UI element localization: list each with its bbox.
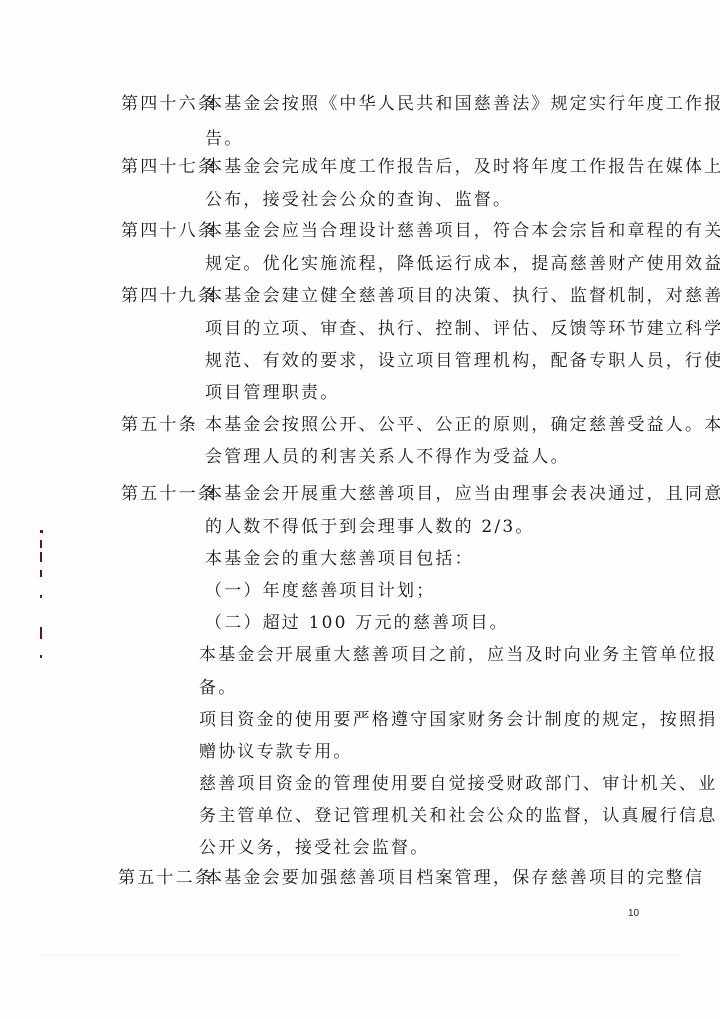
- article-text-line: 本基金会应当合理设计慈善项目，符合本会宗旨和章程的有关: [205, 220, 720, 242]
- article-text-line: 本基金会按照《中华人民共和国慈善法》规定实行年度工作报: [205, 93, 720, 115]
- article-text-line: 项目管理职责。: [205, 382, 339, 404]
- article-label: 第五十二条: [118, 867, 214, 889]
- list-item: （一）年度慈善项目计划；: [205, 580, 435, 602]
- binding-marks: [38, 530, 46, 670]
- article-text-line: 本基金会的重大慈善项目包括：: [205, 548, 474, 570]
- divider: [40, 955, 680, 956]
- article-text-line: 会管理人员的利害关系人不得作为受益人。: [205, 446, 570, 468]
- article-text-line: 项目的立项、审查、执行、控制、评估、反馈等环节建立科学、: [205, 318, 720, 340]
- paragraph-line: 慈善项目资金的管理使用要自觉接受财政部门、审计机关、业: [199, 773, 717, 795]
- paragraph-line: 赠协议专款专用。: [199, 741, 353, 763]
- article-label: 第四十七条: [121, 156, 217, 178]
- article-label: 第五十一条: [121, 483, 217, 505]
- article-text-line: 本基金会建立健全慈善项目的决策、执行、监督机制，对慈善: [205, 285, 720, 307]
- article-label: 第四十八条: [121, 220, 217, 242]
- list-item: （二）超过 100 万元的慈善项目。: [205, 612, 509, 634]
- paragraph-line: 项目资金的使用要严格遵守国家财务会计制度的规定，按照捐: [199, 709, 717, 731]
- paragraph-line: 本基金会开展重大慈善项目之前，应当及时向业务主管单位报: [199, 644, 717, 666]
- article-text-line: 本基金会完成年度工作报告后，及时将年度工作报告在媒体上: [205, 156, 720, 178]
- article-text-line: 的人数不得低于到会理事人数的 2/3。: [205, 516, 535, 538]
- article-text-line: 本基金会按照公开、公平、公正的原则，确定慈善受益人。本: [205, 414, 720, 436]
- page-number: 10: [628, 908, 639, 919]
- article-label: 第五十条: [121, 414, 198, 436]
- article-label: 第四十六条: [121, 93, 217, 115]
- article-text-line: 告。: [205, 128, 243, 150]
- paragraph-line: 公开义务，接受社会监督。: [199, 837, 429, 859]
- article-text-line: 本基金会开展重大慈善项目，应当由理事会表决通过，且同意: [205, 483, 720, 505]
- article-label: 第四十九条: [121, 285, 217, 307]
- document-page: 第四十六条 本基金会按照《中华人民共和国慈善法》规定实行年度工作报 告。 第四十…: [0, 0, 720, 1019]
- paragraph-line: 务主管单位、登记管理机关和社会公众的监督，认真履行信息: [199, 805, 717, 827]
- article-text-line: 本基金会要加强慈善项目档案管理，保存慈善项目的完整信: [205, 867, 704, 889]
- article-text-line: 规定。优化实施流程，降低运行成本，提高慈善财产使用效益。: [205, 253, 720, 275]
- article-text-line: 公布，接受社会公众的查询、监督。: [205, 189, 512, 211]
- article-text-line: 规范、有效的要求，设立项目管理机构，配备专职人员，行使: [205, 350, 720, 372]
- paragraph-line: 备。: [199, 677, 237, 699]
